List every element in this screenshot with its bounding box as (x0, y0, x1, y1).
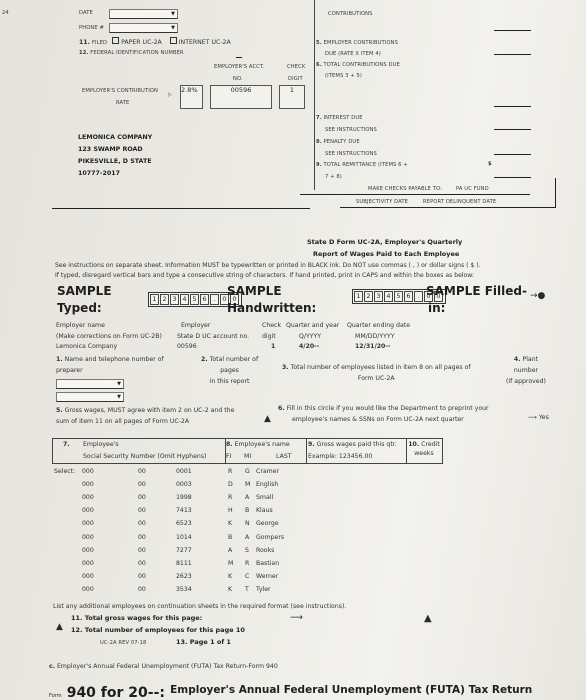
cell-ssn2: 00 (138, 494, 146, 501)
instructions-2: If typed, disregard vertical bars and ty… (55, 272, 474, 279)
cell-last: Cramer (256, 468, 279, 475)
cell-fi: R (228, 494, 232, 501)
cell-last: Klaus (256, 507, 273, 514)
cell-ssn3: 8111 (176, 560, 192, 567)
cell-ssn2: 00 (138, 547, 146, 554)
cell-ssn1: 000 (82, 534, 94, 541)
col10-header: 10. Credit weeks (406, 438, 443, 464)
cell-last: English (256, 481, 278, 488)
phone-label: PHONE # (79, 25, 104, 31)
cell-ssn1: 000 (82, 560, 94, 567)
phone-dropdown[interactable]: ▼ (109, 23, 178, 33)
address-divider (52, 208, 310, 209)
table-row[interactable]: 000008111MRBastian (0, 560, 440, 572)
item11-filed: 11. FILED PAPER UC-2A INTERNET UC-2A (79, 37, 231, 46)
cell-fi: D (228, 481, 233, 488)
cell-fi: K (228, 573, 232, 580)
item6-total: 6. TOTAL CONTRIBUTIONS DUE (ITEMS 3 + 5) (316, 60, 400, 82)
dropdown-caret-icon: ▼ (117, 381, 121, 387)
paper-checkbox[interactable] (112, 37, 119, 44)
cell-mi: B (245, 507, 249, 514)
cell-fi: K (228, 520, 232, 527)
cell-ssn1: 000 (82, 507, 94, 514)
cell-fi: R (228, 468, 232, 475)
col9-header: 9. Gross wages paid this qtr. Example: 1… (306, 438, 407, 464)
cell-ssn2: 00 (138, 573, 146, 580)
ending-date-block: Quarter ending date MM/DD/YYYY 12/31/20-… (347, 321, 410, 353)
item3-employees: 3. Total number of employees listed in i… (282, 362, 471, 384)
form940-caption: c. Employer's Annual Federal Unemploymen… (49, 663, 278, 670)
table-row[interactable]: 000000001RGCramer (0, 468, 440, 480)
sample-filled-in: SAMPLE Filled-in: (426, 283, 527, 317)
cell-ssn1: 000 (82, 586, 94, 593)
employer-address: LEMONICA COMPANY 123 SWAMP ROAD PIKESVIL… (78, 132, 152, 180)
cell-mi: R (245, 560, 249, 567)
account-block: Employer State D UC account no. 00596 (177, 321, 249, 353)
cell-mi: A (245, 534, 249, 541)
bracket-right (555, 178, 556, 208)
preprint-yes-option[interactable]: ⟶ Yes (528, 414, 549, 421)
cell-last: George (256, 520, 279, 527)
employer-name-block: Employer name (Make corrections on Form … (56, 321, 162, 353)
cell-ssn1: 000 (82, 547, 94, 554)
cell-ssn3: 3534 (176, 586, 192, 593)
sample-handwritten: SAMPLEHandwritten: (227, 283, 316, 317)
payable-value: PA UC FUND (456, 186, 489, 192)
check-digit-block: Check digit 1 (262, 321, 281, 353)
table-row[interactable]: 000002623KCWerner (0, 573, 440, 585)
item2-pages: 2. Total number of pages in this report (201, 354, 258, 387)
item5-amount-line[interactable] (494, 30, 531, 31)
cell-ssn3: 7413 (176, 507, 192, 514)
check-header: CHECK (287, 64, 305, 70)
table-row[interactable]: 000006523KNGeorge (0, 520, 440, 532)
cell-mi: G (245, 468, 250, 475)
cell-fi: A (228, 547, 232, 554)
cell-ssn3: 7277 (176, 547, 192, 554)
item11-total-gross: 11. Total gross wages for this page: (71, 614, 202, 622)
cell-mi: C (245, 573, 249, 580)
cell-ssn3: 2623 (176, 573, 192, 580)
cell-ssn1: 000 (82, 481, 94, 488)
acct-field[interactable]: 00596 (210, 85, 272, 109)
dash-divider (236, 57, 242, 58)
item9-remittance: 9. TOTAL REMITTANCE (ITEMS 6 + 7 + 8) (316, 159, 408, 183)
preparer-name-dropdown[interactable]: ▼ (56, 379, 124, 389)
triangle-marker-icon: ▲ (56, 622, 63, 632)
acct-header: EMPLOYER'S ACCT. (214, 64, 264, 70)
col8-header: 8. Employee's name FI MI LAST (224, 438, 307, 464)
delinquent-label: REPORT DELINQUENT DATE (423, 199, 496, 205)
instructions-1: See instructions on separate sheet. Info… (55, 262, 481, 269)
cell-last: Werner (256, 573, 278, 580)
rate-label-2: RATE (116, 100, 129, 106)
date-label: DATE (79, 10, 93, 16)
cell-fi: K (228, 586, 232, 593)
quarter-block: Quarter and year Q/YYYY 4/20-- (286, 321, 339, 353)
cell-ssn1: 000 (82, 494, 94, 501)
table-row[interactable]: 000001998RASmall (0, 494, 440, 506)
rate-field[interactable]: 2.8% (180, 85, 203, 109)
cell-ssn2: 00 (138, 507, 146, 514)
cell-ssn2: 00 (138, 534, 146, 541)
rate-label: EMPLOYER'S CONTRIBUTION (82, 88, 158, 94)
dropdown-caret-icon: ▼ (171, 11, 175, 17)
pointer-icon: ▷ (168, 92, 172, 98)
uc2a-title-1: State D Form UC-2A, Employer's Quarterly (307, 238, 462, 246)
cell-ssn2: 00 (138, 520, 146, 527)
cell-ssn1: 000 (82, 468, 94, 475)
payable-divider (300, 194, 530, 195)
item9b-amount-line[interactable] (494, 177, 531, 178)
check-header-digit: DIGIT (288, 76, 303, 82)
dropdown-caret-icon: ▼ (171, 25, 175, 31)
cell-ssn2: 00 (138, 468, 146, 475)
preparer-phone-dropdown[interactable]: ▼ (56, 392, 124, 402)
arrow-right-icon: ⟶ (290, 613, 303, 623)
item13-page: 13. Page 1 of 1 (176, 638, 231, 646)
cell-last: Gompers (256, 534, 284, 541)
internet-checkbox[interactable] (170, 37, 177, 44)
item8-penalty: 8. PENALTY DUE SEE INSTRUCTIONS (316, 136, 377, 160)
table-row[interactable]: 000007277ASRooks (0, 547, 440, 559)
item6-preprint: 6. Fill in this circle if you would like… (278, 403, 489, 425)
cell-last: Tyler (256, 586, 271, 593)
form-revision: UC-2A REV 07-18 (100, 640, 146, 646)
triangle-marker-icon: ▲ (264, 414, 271, 424)
cell-last: Small (256, 494, 273, 501)
page-number: 24 (2, 10, 9, 16)
payable-label: MAKE CHECKS PAYABLE TO: (368, 186, 442, 192)
form940-title: Form 940 for 20--: Employer's Annual Fed… (49, 682, 532, 700)
item6-amount-line[interactable] (494, 54, 531, 55)
item5-contrib: 5. EMPLOYER CONTRIBUTIONS DUE (RATE X IT… (316, 38, 398, 60)
cell-mi: M (245, 481, 250, 488)
arrow-filled-circle-icon: →● (530, 291, 545, 301)
cell-ssn3: 6523 (176, 520, 192, 527)
item9-amount-line[interactable] (494, 154, 531, 155)
cell-ssn2: 00 (138, 586, 146, 593)
cell-fi: B (228, 534, 232, 541)
subjectivity-label: SUBJECTIVITY DATE (356, 199, 408, 205)
cell-ssn3: 0001 (176, 468, 192, 475)
table-row[interactable]: 000003534KTTyler (0, 586, 440, 598)
item4-plant: 4. Plant number (if approved) (506, 354, 546, 387)
cell-mi: T (245, 586, 249, 593)
uc2a-title-2: Report of Wages Paid to Each Employee (313, 250, 459, 258)
cell-fi: H (228, 507, 233, 514)
acct-header-no: NO. (233, 76, 243, 82)
arrow-right-icon: ⟶ (528, 414, 539, 421)
date-dropdown[interactable]: ▼ (109, 9, 178, 19)
col7-header: 7. Employee's Social Security Number (Om… (52, 438, 226, 464)
cell-ssn2: 00 (138, 560, 146, 567)
table-row[interactable]: 000007413HBKlaus (0, 507, 440, 519)
cell-mi: A (245, 494, 249, 501)
dropdown-caret-icon: ▼ (117, 394, 121, 400)
bottom-divider (340, 207, 556, 208)
cell-ssn2: 00 (138, 481, 146, 488)
item1-preparer: 1. Name and telephone number of preparer (56, 354, 164, 376)
dollar-sign: $ (488, 161, 492, 167)
cell-ssn3: 1014 (176, 534, 192, 541)
cell-mi: S (245, 547, 249, 554)
item7-amount-line[interactable] (494, 106, 531, 107)
triangle-marker-icon: ▲ (424, 613, 432, 624)
cell-last: Rooks (256, 547, 274, 554)
item5-gross-wages: 5. Gross wages, MUST agree with item 2 o… (56, 405, 234, 427)
item8-amount-line[interactable] (494, 129, 531, 130)
column-divider (314, 0, 315, 190)
cell-last: Bastian (256, 560, 279, 567)
cell-fi: M (228, 560, 233, 567)
cell-ssn3: 1998 (176, 494, 192, 501)
cell-ssn1: 000 (82, 573, 94, 580)
item12-total-employees: 12. Total number of employees for this p… (71, 626, 245, 634)
cell-ssn1: 000 (82, 520, 94, 527)
item7-interest: 7. INTEREST DUE SEE INSTRUCTIONS (316, 112, 377, 136)
table-row[interactable]: 000001014BAGompers (0, 534, 440, 546)
continuation-note: List any additional employees on continu… (53, 603, 346, 610)
contributions-header: CONTRIBUTIONS (328, 11, 373, 17)
check-digit-field[interactable]: 1 (279, 85, 305, 109)
sample-typed: SAMPLETyped: (57, 283, 112, 317)
table-row[interactable]: 000000003DMEnglish (0, 481, 440, 493)
cell-ssn3: 0003 (176, 481, 192, 488)
cell-mi: N (245, 520, 250, 527)
item12-fein: 12. FEDERAL IDENTIFICATION NUMBER (79, 50, 184, 56)
